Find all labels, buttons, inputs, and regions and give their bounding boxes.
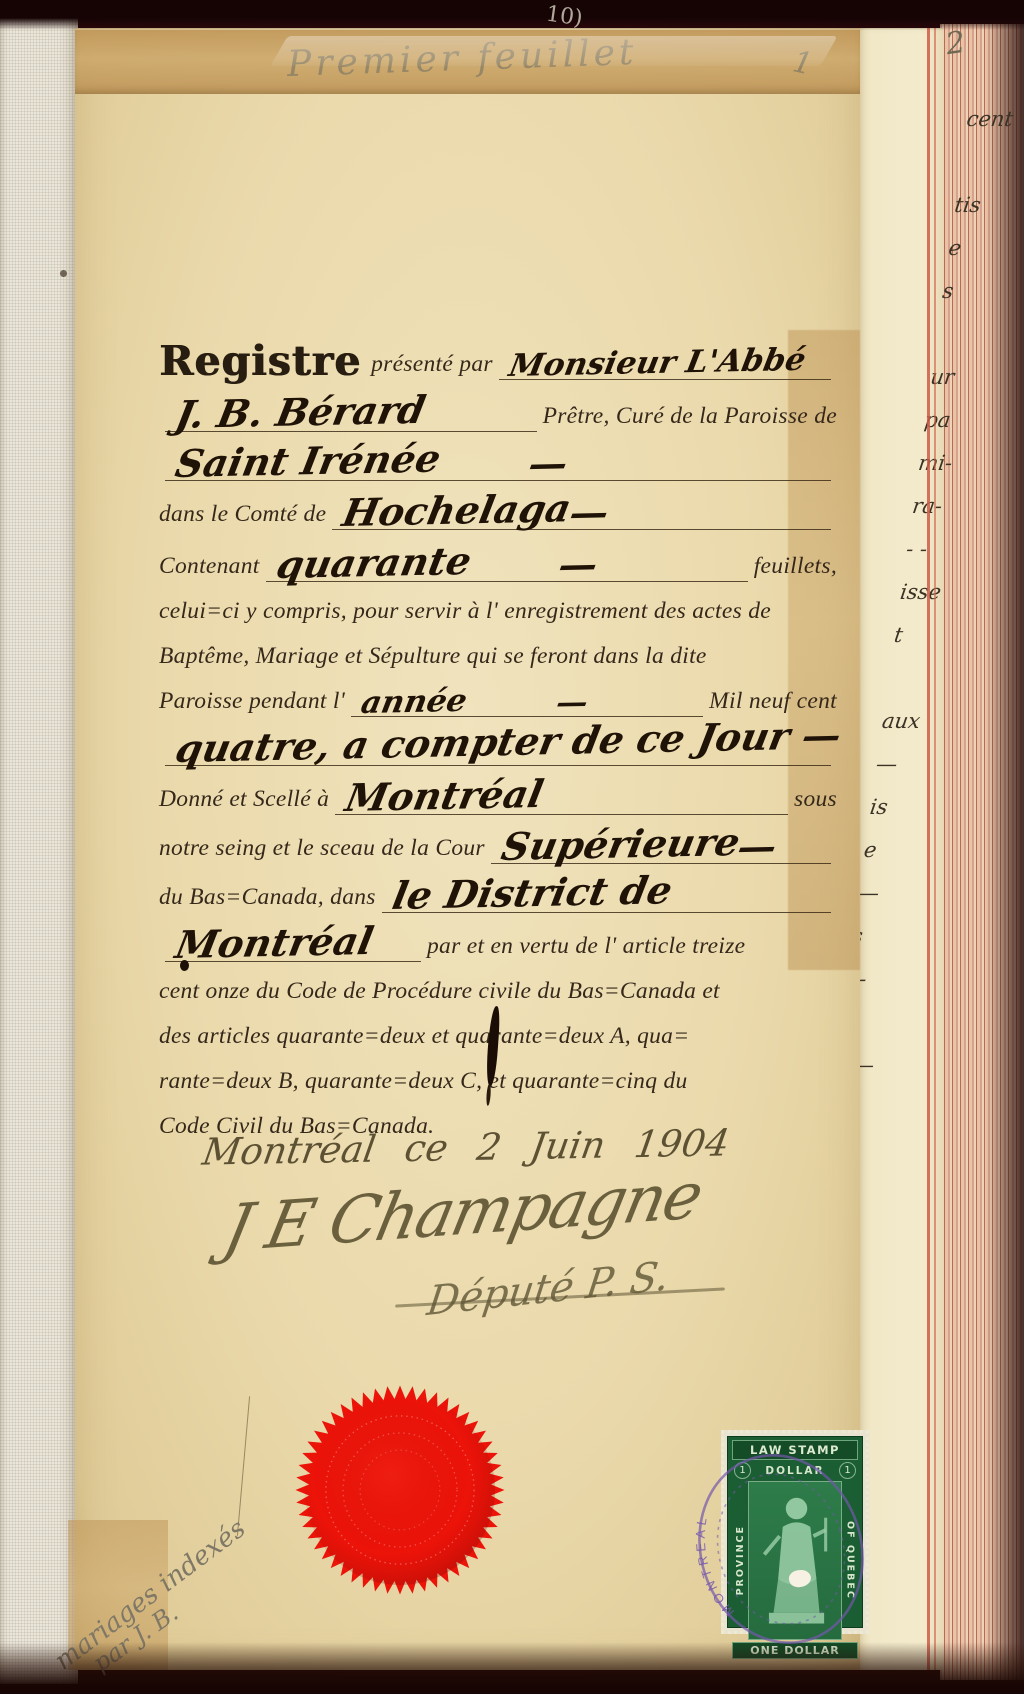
form-blank: Hochelaga — [332,497,831,530]
form-blank: le District de [382,880,831,913]
margin-text-fragment: cent [964,98,1024,141]
printed-text: par et en vertu de l' article treize [427,933,745,962]
form-title-word: Registre [159,343,371,380]
printed-text: des articles quarante=deux et quarante=d… [159,1023,689,1052]
form-line: du Bas=Canada, dans le District de [159,864,837,913]
form-line: Registre présenté par Monsieur L'Abbé [159,320,837,380]
margin-text-fragment: ra- [909,485,985,528]
handwritten-dash: — [556,548,600,581]
form-line: rante=deux B, quarante=deux C, et quaran… [159,1052,837,1097]
form-line: quatre, a compter de ce Jour — [159,717,837,766]
handwritten-dash: — [554,689,590,716]
form-blank: quatre, a compter de ce Jour — [165,733,831,766]
printed-text: Paroisse pendant l' [159,688,345,717]
book-shadow-top [0,0,1024,30]
form-line: dans le Comté de Hochelaga — [159,481,837,530]
binding-cloth [0,8,78,1684]
form-line: Donné et Scellé à Montréal sous [159,766,837,815]
form-line: Saint Irénée — [159,432,837,481]
margin-text-fragment: s [940,270,1016,313]
margin-text-fragment: - - [903,528,979,571]
clerk-signature-title: Député P. S. [424,1253,672,1325]
margin-text-fragment: ur [927,356,1003,399]
form-blank: J. B. Bérard [165,399,537,432]
handwritten-entry: le District de [390,874,675,912]
margin-text-fragment: is [867,786,943,829]
law-stamp: LAW STAMP 1 DOLLAR 1 PROVINCE [721,1430,869,1634]
printed-text: Prêtre, Curé de la Paroisse de [543,403,837,432]
handwritten-dash: — [567,496,611,529]
dirt-speck [60,270,67,277]
book-shadow-bottom [0,1642,1024,1694]
form-line: notre seing et le sceau de la Cour Supér… [159,815,837,864]
printed-text: feuillets, [754,553,837,582]
stamp-numeral-left: 1 [734,1462,751,1479]
handwritten-dash: — [526,447,570,480]
form-line: J. B. Bérard Prêtre, Curé de la Paroisse… [159,380,837,432]
handwritten-entry: année [359,687,469,716]
stamp-value-row: 1 DOLLAR 1 [734,1462,856,1479]
clerk-signature: J E Champagne [218,1159,708,1267]
margin-text-fragment [885,657,961,700]
handwritten-entry: quarante [274,545,474,581]
form-line: Baptême, Mariage et Sépulture qui se fer… [159,627,837,672]
stamp-right-text: OF QUEBEC [845,1521,856,1600]
margin-text-fragment: — [855,872,931,915]
register-title-page: Premier feuillet 1 Registre présenté par… [75,28,860,1670]
handwritten-entry: Saint Irénée [173,442,443,480]
red-wax-seal [286,1383,514,1597]
paper-tear [237,1396,250,1536]
stamp-left-text: PROVINCE [735,1525,746,1595]
printed-text: sous [794,786,837,815]
printed-text: cent onze du Code de Procédure civile du… [159,978,720,1007]
header-note: Premier feuillet [286,32,638,85]
form-line: cent onze du Code de Procédure civile du… [159,962,837,1007]
form-blank: Saint Irénée — [165,448,831,481]
repair-tape-top: Premier feuillet 1 [75,30,860,94]
printed-text: rante=deux B, quarante=deux C, et quaran… [159,1068,688,1097]
handwritten-entry: Supérieure [499,826,742,863]
margin-text-fragment: aux [879,700,955,743]
printed-text: du Bas=Canada, dans [159,884,376,913]
printed-text: Baptême, Mariage et Sépulture qui se fer… [159,643,707,672]
form-line: celui=ci y compris, pour servir à l' enr… [159,582,837,627]
form-blank: Supérieure — [491,831,831,864]
margin-rule-line [927,28,930,1670]
printed-text: dans le Comté de [159,501,326,530]
handwritten-entry: Montréal [343,778,546,814]
margin-text-fragment: — [873,743,949,786]
handwritten-entry: Montréal [173,925,376,961]
stamp-numeral-right: 1 [839,1462,856,1479]
margin-text-fragment: pa [921,399,997,442]
stamp-vignette [748,1481,842,1640]
stamp-top-banner: LAW STAMP [732,1440,858,1460]
margin-rule-line [934,28,936,1670]
margin-text-fragment [958,141,1024,184]
printed-text: celui=ci y compris, pour servir à l' enr… [159,598,771,627]
margin-text-fragment: e [946,227,1022,270]
corner-pencil-note: 10) [544,2,584,32]
folio-number-current: 1 [789,44,815,82]
law-stamp-frame: LAW STAMP 1 DOLLAR 1 PROVINCE [727,1436,863,1628]
form-blank: quarante — [266,549,748,582]
form-blank: Montréal [165,929,421,962]
handwritten-entry: Hochelaga [340,492,574,529]
printed-text: notre seing et le sceau de la Cour [159,835,485,864]
justice-figure-icon [749,1482,841,1639]
ink-dot [180,960,189,971]
scanned-register-page: centtisesurpami-ra-- -issetaux—ise—si -p… [0,0,1024,1694]
form-blank: Monsieur L'Abbé [499,353,831,380]
form-line: Montréal par et en vertu de l' article t… [159,913,837,962]
form-blank: année — [351,690,703,717]
printed-text: présenté par [371,351,493,380]
margin-text-fragment: tis [952,184,1024,227]
next-page-edge: centtisesurpami-ra-- -issetaux—ise—si -p… [855,28,943,1670]
margin-text-fragment: e [861,829,937,872]
handwritten-entry: J. B. Bérard [173,394,428,431]
form-line: Paroisse pendant l' année — Mil neuf cen… [159,672,837,717]
printed-text: Contenant [159,553,260,582]
form-line: Contenant quarante — feuillets, [159,530,837,582]
margin-text-fragment: s [849,915,925,958]
printed-text: Donné et Scellé à [159,786,329,815]
handwritten-entry: quatre, a compter de ce Jour — [173,719,844,765]
handwritten-entry: Monsieur L'Abbé [507,346,808,379]
handwritten-dash: — [735,830,779,863]
stamp-value-word: DOLLAR [765,1465,824,1477]
stamp-middle: PROVINCE OF QUEBEC [732,1481,858,1640]
margin-text-fragment [934,313,1010,356]
form-blank: Montréal [335,782,788,815]
